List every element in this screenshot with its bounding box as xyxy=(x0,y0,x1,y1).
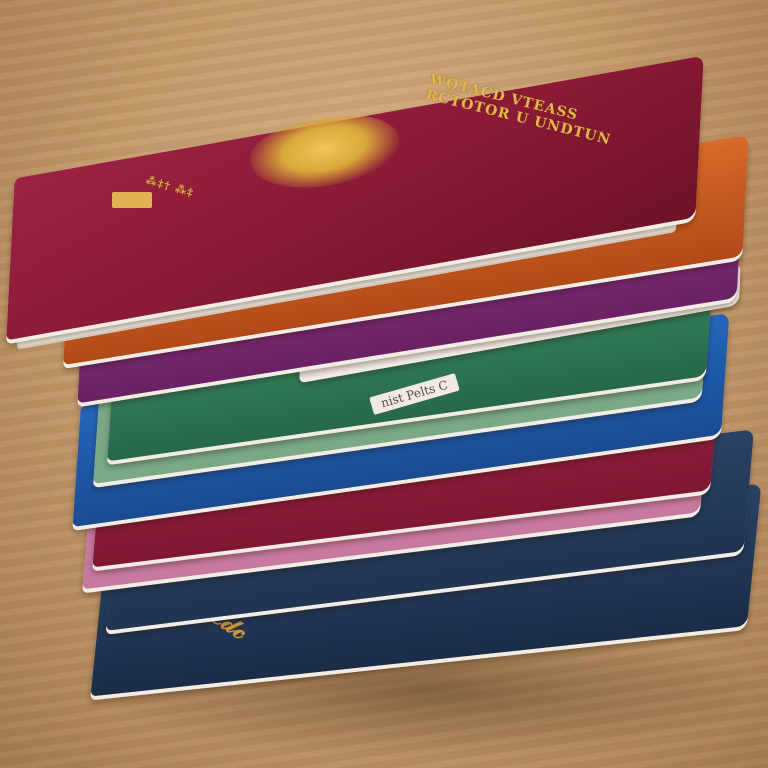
chip-icon xyxy=(112,192,152,208)
